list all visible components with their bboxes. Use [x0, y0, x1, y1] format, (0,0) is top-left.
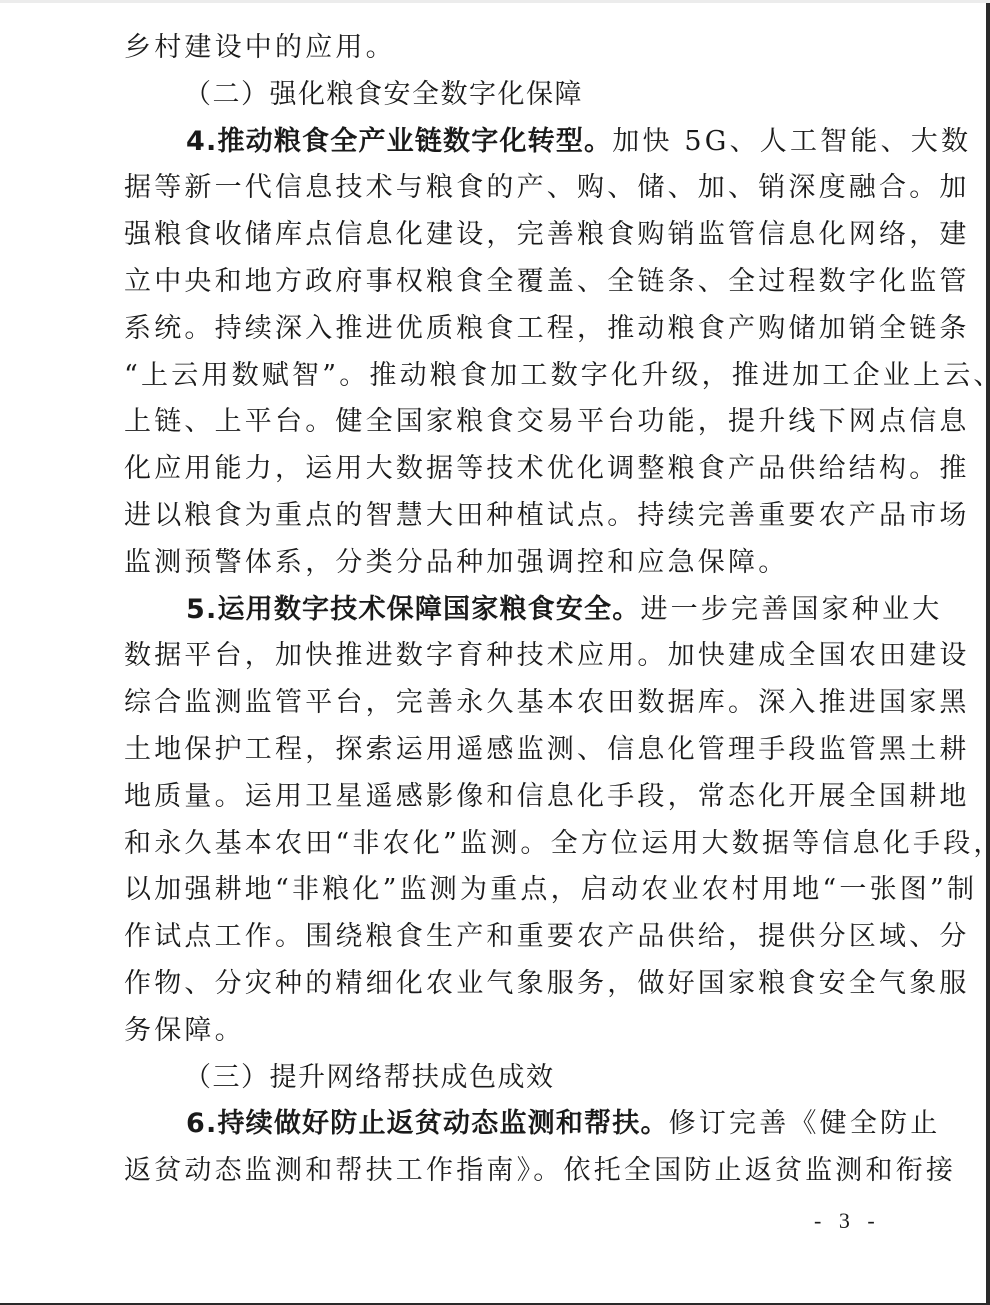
document-page: 乡村建设中的应用。 （二）强化粮食安全数字化保障 4.推动粮食全产业链数字化转型… — [0, 3, 986, 1303]
text-line: 作物、分灾种的精细化农业气象服务，做好国家粮食安全气象服 — [124, 961, 876, 1008]
item-4-text: 加快 5G、人工智能、大数 — [612, 126, 971, 157]
document-viewer: 乡村建设中的应用。 （二）强化粮食安全数字化保障 4.推动粮食全产业链数字化转型… — [0, 0, 990, 1305]
text-line: 乡村建设中的应用。 — [124, 25, 876, 72]
section-heading-2: （二）强化粮食安全数字化保障 — [124, 72, 876, 119]
page-number: - 3 - — [814, 1208, 881, 1234]
text-line: 系统。持续深入推进优质粮食工程，推动粮食产购储加销全链条 — [124, 306, 876, 353]
item-5-text: 进一步完善国家种业大 — [640, 594, 942, 625]
text-line: 综合监测监管平台，完善永久基本农田数据库。深入推进国家黑 — [124, 680, 876, 727]
text-line: 进以粮食为重点的智慧大田种植试点。持续完善重要农产品市场 — [124, 493, 876, 540]
item-6-first-line: 6.持续做好防止返贫动态监测和帮扶。修订完善《健全防止 — [124, 1101, 876, 1148]
text-line: 上链、上平台。健全国家粮食交易平台功能，提升线下网点信息 — [124, 399, 876, 446]
text-line: 和永久基本农田“非农化”监测。全方位运用大数据等信息化手段， — [124, 821, 876, 868]
item-4-title: 4.推动粮食全产业链数字化转型。 — [186, 126, 612, 157]
text-line: 土地保护工程，探索运用遥感监测、信息化管理手段监管黑土耕 — [124, 727, 876, 774]
text-line: 务保障。 — [124, 1008, 876, 1055]
text-line: 据等新一代信息技术与粮食的产、购、储、加、销深度融合。加 — [124, 165, 876, 212]
text-line: 数据平台，加快推进数字育种技术应用。加快建成全国农田建设 — [124, 633, 876, 680]
viewer-right-border — [986, 3, 990, 1305]
item-4-first-line: 4.推动粮食全产业链数字化转型。加快 5G、人工智能、大数 — [124, 119, 876, 166]
text-line: 监测预警体系，分类分品种加强调控和应急保障。 — [124, 540, 876, 587]
section-heading-3: （三）提升网络帮扶成色成效 — [124, 1055, 876, 1102]
item-6-text: 修订完善《健全防止 — [669, 1108, 941, 1139]
text-line: 返贫动态监测和帮扶工作指南》。依托全国防止返贫监测和衔接 — [124, 1148, 876, 1195]
text-line: 以加强耕地“非粮化”监测为重点，启动农业农村用地“一张图”制 — [124, 867, 876, 914]
text-line: 作试点工作。围绕粮食生产和重要农产品供给，提供分区域、分 — [124, 914, 876, 961]
item-6-title: 6.持续做好防止返贫动态监测和帮扶。 — [186, 1108, 669, 1139]
item-5-first-line: 5.运用数字技术保障国家粮食安全。进一步完善国家种业大 — [124, 587, 876, 634]
text-line: 强粮食收储库点信息化建设，完善粮食购销监管信息化网络，建 — [124, 212, 876, 259]
text-line: 立中央和地方政府事权粮食全覆盖、全链条、全过程数字化监管 — [124, 259, 876, 306]
text-line: 化应用能力，运用大数据等技术优化调整粮食产品供给结构。推 — [124, 446, 876, 493]
body-text: 乡村建设中的应用。 （二）强化粮食安全数字化保障 4.推动粮食全产业链数字化转型… — [124, 25, 876, 1195]
text-line: “上云用数赋智”。推动粮食加工数字化升级，推进加工企业上云、 — [124, 353, 876, 400]
text-line: 地质量。运用卫星遥感影像和信息化手段，常态化开展全国耕地 — [124, 774, 876, 821]
item-5-title: 5.运用数字技术保障国家粮食安全。 — [186, 594, 640, 625]
